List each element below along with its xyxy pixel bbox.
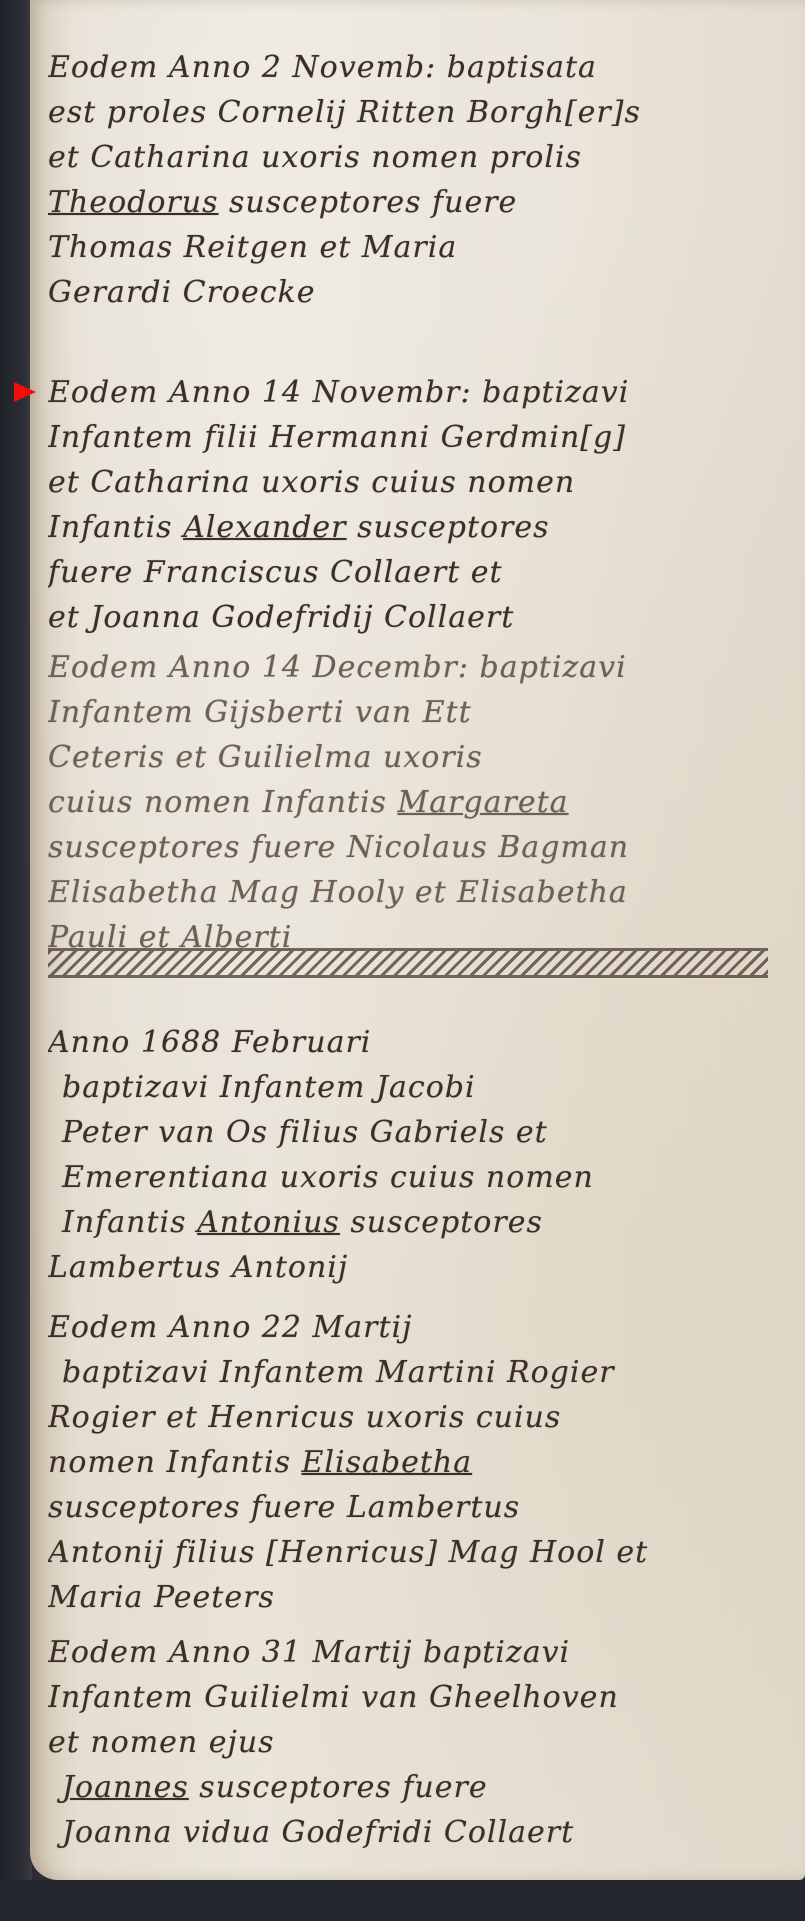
entry-line: et Joanna Godefridij Collaert (48, 595, 788, 640)
page-bottom-background (0, 1880, 805, 1921)
underlined-child-name: Elisabetha (302, 1445, 473, 1480)
entry-line: fuere Franciscus Collaert et (48, 550, 788, 595)
entry-line: est proles Cornelij Ritten Borgh[er]s (48, 90, 788, 135)
entry-line: Infantem Guilielmi van Gheelhoven (48, 1675, 788, 1720)
entry-line: Lambertus Antonij (48, 1245, 788, 1290)
entry-line: baptizavi Infantem Jacobi (48, 1065, 788, 1110)
register-entry-5: Eodem Anno 22 Martij baptizavi Infantem … (48, 1305, 788, 1620)
entry-line-underlined-name: Infantis Alexander susceptores (48, 505, 788, 550)
underlined-child-name: Theodorus (48, 185, 218, 220)
entry-line: susceptores fuere Nicolaus Bagman (48, 825, 788, 870)
entry-line-underlined-name: cuius nomen Infantis Margareta (48, 780, 788, 825)
entry-line: et nomen ejus (48, 1720, 788, 1765)
entry-line: Infantem Gijsberti van Ett (48, 690, 788, 735)
entry-line: Eodem Anno 22 Martij (48, 1305, 788, 1350)
entry-line: Peter van Os filius Gabriels et (48, 1110, 788, 1155)
register-entry-1: Eodem Anno 2 Novemb: baptisata est prole… (48, 45, 788, 315)
entry-line: Maria Peeters (48, 1575, 788, 1620)
entry-line: Antonij filius [Henricus] Mag Hool et (48, 1530, 788, 1575)
entry-line: Infantem filii Hermanni Gerdmin[g] (48, 415, 788, 460)
crossed-out-line (48, 948, 768, 978)
underlined-child-name: Alexander (183, 510, 346, 545)
entry-line: Eodem Anno 14 Novembr: baptizavi (48, 370, 788, 415)
entry-line: et Catharina uxoris nomen prolis (48, 135, 788, 180)
underlined-child-name: Joannes (62, 1770, 189, 1805)
register-entry-2: Eodem Anno 14 Novembr: baptizavi Infante… (48, 370, 788, 640)
entry-year-heading: Anno 1688 Februari (48, 1020, 788, 1065)
entry-line: Thomas Reitgen et Maria (48, 225, 788, 270)
entry-line: Rogier et Henricus uxoris cuius (48, 1395, 788, 1440)
entry-line: Eodem Anno 14 Decembr: baptizavi (48, 645, 788, 690)
entry-line: Emerentiana uxoris cuius nomen (48, 1155, 788, 1200)
entry-line: susceptores fuere Lambertus (48, 1485, 788, 1530)
entry-line-underlined-name: nomen Infantis Elisabetha (48, 1440, 788, 1485)
entry-line-underlined-name: Infantis Antonius susceptores (48, 1200, 788, 1245)
entry-line: Eodem Anno 31 Martij baptizavi (48, 1630, 788, 1675)
entry-line-underlined-name: Theodorus susceptores fuere (48, 180, 788, 225)
entry-line: Gerardi Croecke (48, 270, 788, 315)
underlined-child-name: Antonius (197, 1205, 340, 1240)
entry-line: Elisabetha Mag Hooly et Elisabetha (48, 870, 788, 915)
red-marker-arrow-icon (14, 382, 36, 402)
register-entry-4: Anno 1688 Februari baptizavi Infantem Ja… (48, 1020, 788, 1290)
underlined-child-name: Margareta (397, 785, 568, 820)
register-entry-3: Eodem Anno 14 Decembr: baptizavi Infante… (48, 645, 788, 960)
entry-line: Joanna vidua Godefridi Collaert (48, 1810, 788, 1855)
entry-line: et Catharina uxoris cuius nomen (48, 460, 788, 505)
entry-line: Ceteris et Guilielma uxoris (48, 735, 788, 780)
entry-line: baptizavi Infantem Martini Rogier (48, 1350, 788, 1395)
entry-line: Eodem Anno 2 Novemb: baptisata (48, 45, 788, 90)
entry-line-underlined-name: Joannes susceptores fuere (48, 1765, 788, 1810)
book-binding (0, 0, 32, 1921)
register-entry-6: Eodem Anno 31 Martij baptizavi Infantem … (48, 1630, 788, 1855)
